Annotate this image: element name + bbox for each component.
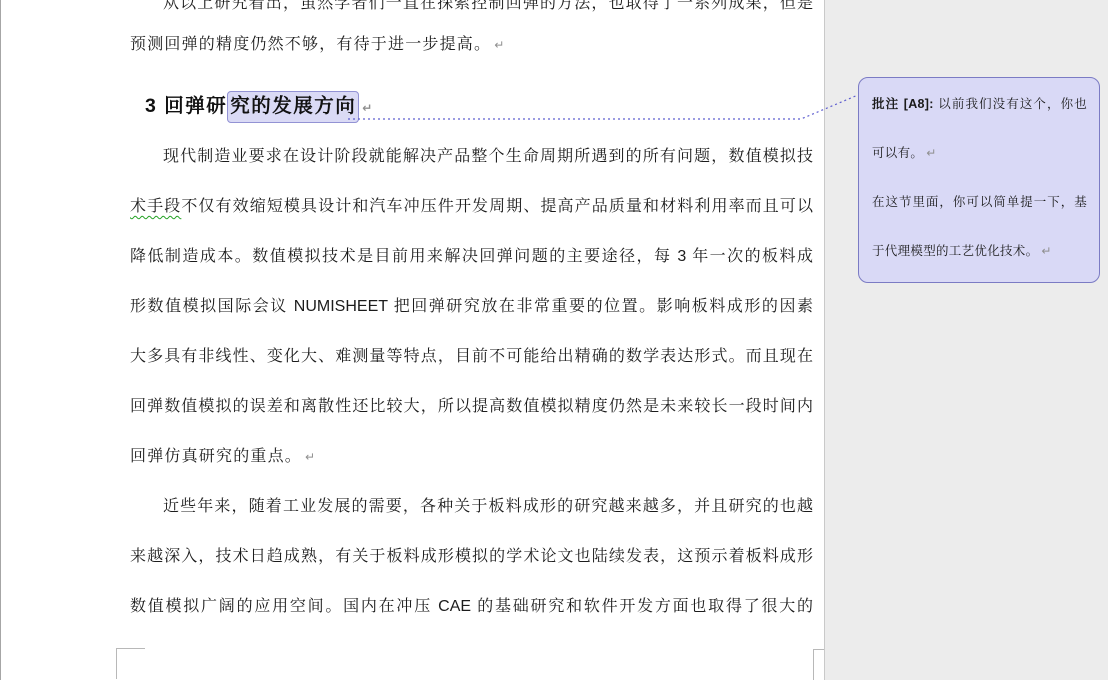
text-line[interactable]: 降低制造成本。数值模拟技术是目前用来解决回弹问题的主要途径，每 3 年一次的板料… (130, 246, 813, 268)
comment-balloon[interactable]: 批注 [A8]: 以前我们没有这个，你也可以有。↵ 在这节里面，你可以简单提一下… (858, 77, 1100, 283)
grammar-flagged-text[interactable]: 术手段 (130, 198, 181, 215)
text-line[interactable]: 回弹仿真研究的重点。↵ (130, 446, 813, 468)
text-run: 从以上研究看出，虽然学者们一直在探索控制回弹的方法，也取得了一系列成果，但是 (163, 0, 813, 12)
comment-anchor-highlight[interactable]: 究的发展方向 (227, 91, 359, 123)
text-line[interactable]: 来越深入，技术日趋成熟，有关于板料成形模拟的学术论文也陆续发表，这预示着板料成形 (130, 546, 813, 568)
word-print-layout-view: 从以上研究看出，虽然学者们一直在探索控制回弹的方法，也取得了一系列成果，但是 预… (0, 0, 1108, 680)
text-line[interactable]: 术手段不仅有效缩短模具设计和汽车冲压件开发周期、提高产品质量和材料利用率而且可以 (130, 196, 813, 218)
paragraph-mark-icon: ↵ (362, 101, 372, 115)
text-line[interactable]: 回弹数值模拟的误差和离散性还比较大，所以提高数值模拟精度仍然是未来较长一段时间内 (130, 396, 813, 418)
section-heading[interactable]: 3 回弹研究的发展方向↵ (145, 90, 372, 118)
text-line[interactable]: 现代制造业要求在设计阶段就能解决产品整个生命周期所遇到的所有问题，数值模拟技 (130, 146, 813, 168)
text-boundary-corner-mark (116, 648, 145, 679)
text-run: 预测回弹的精度仍然不够，有待于进一步提高。 (130, 36, 491, 53)
paragraph-mark-icon: ↵ (926, 146, 936, 160)
text-run: 回弹数值模拟的误差和离散性还比较大，所以提高数值模拟精度仍然是未来较长一段时间内 (130, 398, 813, 415)
text-boundary-corner-mark (813, 649, 824, 680)
text-run: 数值模拟广阔的应用空间。国内在冲压 CAE 的基础研究和软件开发方面也取得了很大… (130, 598, 813, 615)
paragraph-mark-icon: ↵ (494, 38, 504, 52)
heading-text: 3 回弹研 (145, 95, 227, 117)
text-run: 不仅有效缩短模具设计和汽车冲压件开发周期、提高产品质量和材料利用率而且可以 (181, 198, 813, 215)
text-run: 大多具有非线性、变化大、难测量等特点，目前不可能给出精确的数学表达形式。而且现在 (130, 348, 813, 365)
text-run: 降低制造成本。数值模拟技术是目前用来解决回弹问题的主要途径，每 3 年一次的板料… (130, 248, 813, 265)
paragraph-mark-icon: ↵ (305, 450, 315, 464)
text-line[interactable]: 预测回弹的精度仍然不够，有待于进一步提高。↵ (130, 34, 813, 56)
text-run: 近些年来，随着工业发展的需要，各种关于板料成形的研究越来越多，并且研究的也越 (163, 498, 813, 515)
text-line[interactable]: 大多具有非线性、变化大、难测量等特点，目前不可能给出精确的数学表达形式。而且现在 (130, 346, 813, 368)
page-left-edge (0, 0, 1, 680)
text-run: 来越深入，技术日趋成熟，有关于板料成形模拟的学术论文也陆续发表，这预示着板料成形 (130, 548, 813, 565)
comment-body-text: 在这节里面，你可以简单提一下，基于代理模型的工艺优化技术。 (872, 195, 1087, 258)
text-line[interactable]: 形数值模拟国际会议 NUMISHEET 把回弹研究放在非常重要的位置。影响板料成… (130, 296, 813, 318)
text-run: 现代制造业要求在设计阶段就能解决产品整个生命周期所遇到的所有问题，数值模拟技 (163, 148, 813, 165)
text-run: 形数值模拟国际会议 NUMISHEET 把回弹研究放在非常重要的位置。影响板料成… (130, 298, 813, 315)
paragraph-mark-icon: ↵ (1041, 244, 1051, 258)
text-line[interactable]: 从以上研究看出，虽然学者们一直在探索控制回弹的方法，也取得了一系列成果，但是 (130, 0, 813, 15)
comment-author-label: 批注 [A8]: (872, 97, 934, 111)
comment-text: 批注 [A8]: 以前我们没有这个，你也可以有。↵ (872, 80, 1087, 178)
text-line[interactable]: 近些年来，随着工业发展的需要，各种关于板料成形的研究越来越多，并且研究的也越 (130, 496, 813, 518)
comment-text: 在这节里面，你可以简单提一下，基于代理模型的工艺优化技术。↵ (872, 178, 1087, 276)
text-line[interactable]: 数值模拟广阔的应用空间。国内在冲压 CAE 的基础研究和软件开发方面也取得了很大… (130, 596, 813, 618)
text-run: 回弹仿真研究的重点。 (130, 448, 302, 465)
